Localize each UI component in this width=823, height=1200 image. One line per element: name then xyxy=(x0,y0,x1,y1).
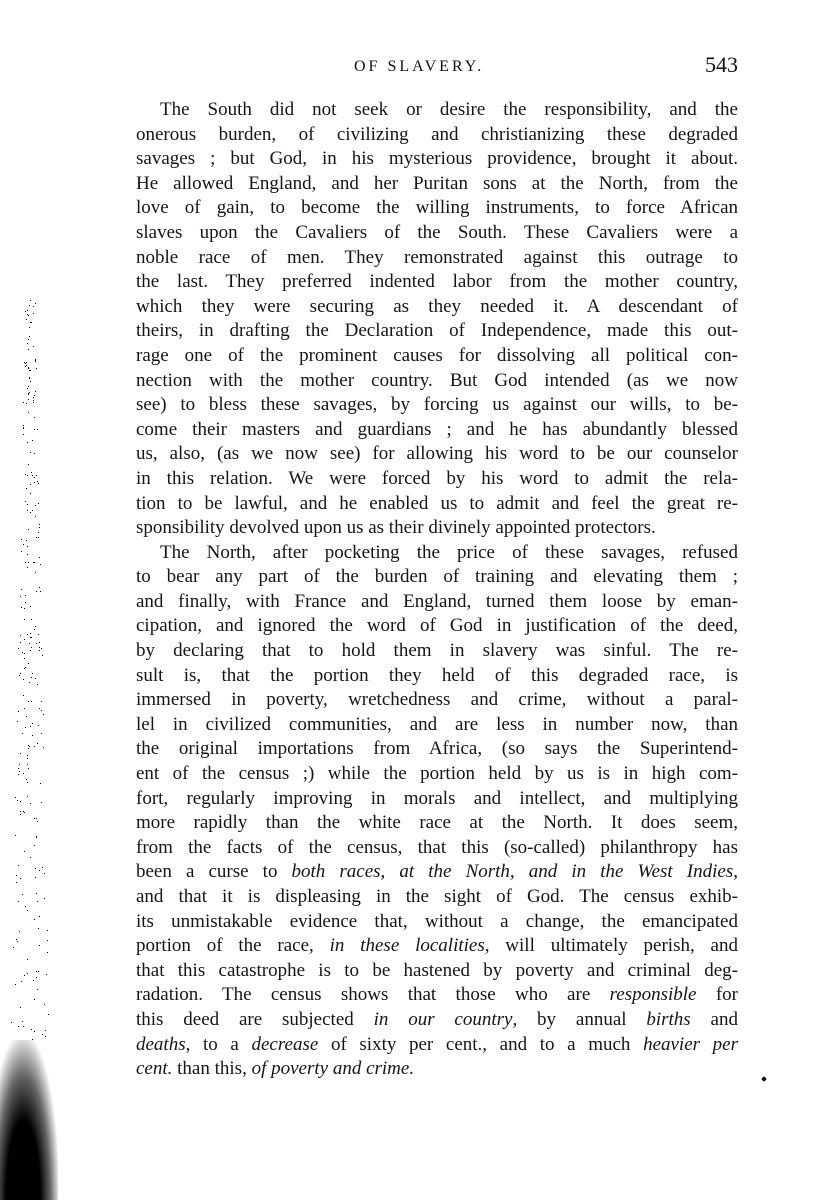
text-segment: slaves upon the Cavaliers of the South. … xyxy=(136,222,738,243)
scan-speck xyxy=(25,595,26,596)
scan-speck xyxy=(26,716,27,717)
scan-speck xyxy=(34,999,35,1000)
text-line: the last. They preferred indented labor … xyxy=(136,270,738,295)
scan-speck xyxy=(25,562,26,563)
scan-speck xyxy=(33,346,34,347)
scan-speck xyxy=(37,821,38,822)
text-line: and finally, with France and England, tu… xyxy=(136,590,738,615)
text-segment: by declaring that to hold them in slaver… xyxy=(136,640,738,661)
scan-speck xyxy=(42,655,43,656)
scan-speck xyxy=(16,875,17,876)
scan-speck xyxy=(35,303,36,304)
scan-speck xyxy=(39,647,40,648)
text-line: love of gain, to become the willing inst… xyxy=(136,196,738,221)
text-segment: this deed are subjected xyxy=(136,1009,374,1030)
scan-speck xyxy=(38,532,39,533)
text-segment: , will ultimately perish, and xyxy=(485,935,738,956)
scan-speck xyxy=(34,453,35,454)
text-line: sponsibility devolved upon us as their d… xyxy=(136,516,738,541)
scan-speck xyxy=(27,973,28,974)
scan-speck xyxy=(39,527,40,528)
scan-speck xyxy=(41,648,42,649)
scan-speck xyxy=(39,945,40,946)
scan-speck xyxy=(38,928,39,929)
text-line: lel in civilized communities, and are le… xyxy=(136,713,738,738)
scan-speck xyxy=(19,931,20,932)
scan-speck xyxy=(24,851,25,852)
scan-speck xyxy=(17,800,18,801)
text-line: that this catastrophe is to be hastened … xyxy=(136,959,738,984)
stray-ink-mark xyxy=(761,1076,767,1082)
text-segment: its unmistakable evidence that, without … xyxy=(136,911,738,932)
text-line: this deed are subjected in our country, … xyxy=(136,1008,738,1033)
scan-speck xyxy=(36,836,37,837)
scan-speck xyxy=(25,501,26,502)
scan-speck xyxy=(28,349,29,350)
scan-speck xyxy=(27,634,28,635)
scan-smudge xyxy=(0,1040,58,1200)
scan-speck xyxy=(23,427,24,428)
text-segment: to bear any part of the burden of traini… xyxy=(136,566,738,587)
scan-speck xyxy=(23,773,24,774)
text-line: cent. than this, of poverty and crime. xyxy=(136,1057,738,1082)
scan-speck xyxy=(27,758,28,759)
scan-speck xyxy=(27,475,28,476)
scan-speck xyxy=(28,368,29,369)
scan-speck xyxy=(39,650,40,651)
text-segment: and finally, with France and England, tu… xyxy=(136,591,738,612)
text-segment: theirs, in drafting the Declaration of I… xyxy=(136,320,738,341)
scan-speck xyxy=(45,1030,46,1031)
italic-text: both races, at the North, and in the Wes… xyxy=(292,861,734,882)
scan-speck xyxy=(34,845,35,846)
scan-speck xyxy=(36,893,37,894)
scan-speck xyxy=(29,392,30,393)
scan-speck xyxy=(36,837,37,838)
scan-speck xyxy=(29,682,30,683)
scan-speck xyxy=(25,602,26,603)
scan-speck xyxy=(38,634,39,635)
text-segment: radation. The census shows that those wh… xyxy=(136,984,610,1005)
scan-speck xyxy=(43,714,44,715)
scan-speck xyxy=(39,708,40,709)
scan-speck xyxy=(43,747,44,748)
scan-speck xyxy=(36,368,37,369)
text-segment: The North, after pocketing the price of … xyxy=(160,542,738,563)
scan-speck xyxy=(34,562,35,563)
text-line: deaths, to a decrease of sixty per cent.… xyxy=(136,1033,738,1058)
scan-speck xyxy=(28,393,29,394)
text-segment: that this catastrophe is to be hastened … xyxy=(136,960,738,981)
scan-speck xyxy=(20,801,21,802)
scan-speck xyxy=(35,516,36,517)
text-line: more rapidly than the white race at the … xyxy=(136,811,738,836)
text-segment: ent of the census ;) while the portion h… xyxy=(136,763,738,784)
text-line: the original importations from Africa, (… xyxy=(136,737,738,762)
scan-speck xyxy=(38,503,39,504)
scan-speck xyxy=(25,906,26,907)
scan-speck xyxy=(38,725,39,726)
scan-speck xyxy=(39,524,40,525)
scan-speck xyxy=(15,797,16,798)
scan-speck xyxy=(27,764,28,765)
scan-speck xyxy=(35,877,36,878)
text-line: from the facts of the census, that this … xyxy=(136,836,738,861)
scan-speck xyxy=(23,428,24,429)
scan-speck xyxy=(40,591,41,592)
scan-speck xyxy=(28,394,29,395)
running-title: OF SLAVERY. xyxy=(354,58,484,76)
scan-speck xyxy=(27,546,28,547)
scan-speck xyxy=(23,425,24,426)
scan-speck xyxy=(32,1039,33,1040)
scan-speck xyxy=(33,980,34,981)
text-line: ent of the census ;) while the portion h… xyxy=(136,762,738,787)
scan-speck xyxy=(21,539,22,540)
scan-speck xyxy=(30,650,31,651)
scan-speck xyxy=(34,395,35,396)
text-segment: savages ; but God, in his mysterious pro… xyxy=(136,148,738,169)
italic-text: in our country xyxy=(374,1009,513,1030)
scan-speck xyxy=(30,803,31,804)
scan-speck xyxy=(37,743,38,744)
scan-speck xyxy=(23,402,24,403)
scan-speck xyxy=(24,812,25,813)
scan-speck xyxy=(36,537,37,538)
scan-speck xyxy=(20,635,21,636)
text-line: cipation, and ignored the word of God in… xyxy=(136,614,738,639)
scan-speck xyxy=(39,557,40,558)
scan-speck xyxy=(33,306,34,307)
scan-speck xyxy=(37,684,38,685)
scan-speck xyxy=(18,865,19,866)
scan-speck xyxy=(26,403,27,404)
scan-speck xyxy=(47,952,48,953)
scan-speck xyxy=(27,442,28,443)
scan-speck xyxy=(36,475,37,476)
scan-speck xyxy=(30,512,31,513)
text-segment: sult is, that the portion they held of t… xyxy=(136,665,738,686)
scan-speck xyxy=(18,768,19,769)
scan-speck xyxy=(29,305,30,306)
scan-speck xyxy=(30,726,31,727)
text-line: fort, regularly improving in morals and … xyxy=(136,787,738,812)
scan-speck xyxy=(24,653,25,654)
scan-speck xyxy=(28,663,29,664)
text-segment: come their masters and guardians ; and h… xyxy=(136,419,738,440)
scan-speck xyxy=(37,989,38,990)
scan-speck xyxy=(31,637,32,638)
italic-text: cent. xyxy=(136,1058,172,1079)
scan-speck xyxy=(30,300,31,301)
scan-speck xyxy=(27,343,28,344)
text-segment: cipation, and ignored the word of God in… xyxy=(136,615,738,636)
scan-speck xyxy=(24,975,25,976)
text-line: The South did not seek or desire the res… xyxy=(136,98,738,123)
scan-speck xyxy=(36,591,37,592)
text-segment: portion of the race, xyxy=(136,935,330,956)
text-segment: onerous burden, of civilizing and christ… xyxy=(136,124,738,145)
scan-speck xyxy=(34,477,35,478)
scan-speck xyxy=(44,873,45,874)
scan-speck xyxy=(38,537,39,538)
scan-speck xyxy=(36,818,37,819)
scan-speck xyxy=(35,359,36,360)
italic-text: heavier per xyxy=(643,1034,738,1055)
scan-speck xyxy=(27,959,28,960)
scan-speck xyxy=(38,483,39,484)
scan-speck xyxy=(28,339,29,340)
scan-speck xyxy=(27,796,28,797)
scan-speck xyxy=(40,783,41,784)
scan-speck xyxy=(24,668,25,669)
scan-speck xyxy=(30,452,31,453)
scan-speck xyxy=(31,701,32,702)
italic-text: deaths xyxy=(136,1034,186,1055)
scan-speck xyxy=(42,867,43,868)
text-line: by declaring that to hold them in slaver… xyxy=(136,639,738,664)
text-segment: more rapidly than the white race at the … xyxy=(136,812,738,833)
scan-speck xyxy=(19,675,20,676)
text-segment: of sixty per cent., and to a much xyxy=(318,1034,643,1055)
scan-speck xyxy=(18,1026,19,1027)
scan-speck xyxy=(32,723,33,724)
text-line: slaves upon the Cavaliers of the South. … xyxy=(136,221,738,246)
scan-speck xyxy=(35,678,36,679)
scan-speck xyxy=(44,898,45,899)
scan-speck xyxy=(37,429,38,430)
text-segment: the original importations from Africa, (… xyxy=(136,738,738,759)
scan-speck xyxy=(37,901,38,902)
text-segment: , by annual xyxy=(512,1009,646,1030)
scan-speck xyxy=(28,748,29,749)
text-segment: and that it is displeasing in the sight … xyxy=(136,886,738,907)
scan-speck xyxy=(32,673,33,674)
scan-speck xyxy=(34,629,35,630)
scan-speck xyxy=(20,673,21,674)
scan-speck xyxy=(26,319,27,320)
scan-speck xyxy=(22,733,23,734)
text-line: in this relation. We were forced by his … xyxy=(136,467,738,492)
italic-text: in these localities xyxy=(330,935,485,956)
scan-speck xyxy=(21,589,22,590)
scan-speck xyxy=(24,608,25,609)
scan-speck xyxy=(32,475,33,476)
scan-speck xyxy=(23,679,24,680)
scan-speck xyxy=(23,1026,24,1027)
scan-speck xyxy=(28,562,29,563)
scan-speck xyxy=(33,402,34,403)
scan-speck xyxy=(25,667,26,668)
scan-speck xyxy=(33,397,34,398)
scan-speck xyxy=(31,647,32,648)
italic-text: responsible xyxy=(610,984,697,1005)
text-segment: for xyxy=(697,984,739,1005)
text-segment: noble race of men. They remonstrated aga… xyxy=(136,247,738,268)
text-line: immersed in poverty, wretchedness and cr… xyxy=(136,688,738,713)
text-line: portion of the race, in these localities… xyxy=(136,934,738,959)
scan-speck xyxy=(45,1036,46,1037)
scan-speck xyxy=(26,488,27,489)
scan-speck xyxy=(21,551,22,552)
scan-speck xyxy=(18,774,19,775)
scan-speck xyxy=(21,981,22,982)
scan-speck xyxy=(34,919,35,920)
text-segment: , xyxy=(733,861,738,882)
text-segment: fort, regularly improving in morals and … xyxy=(136,788,738,809)
scan-speck xyxy=(25,311,26,312)
text-segment: the last. They preferred indented labor … xyxy=(136,271,738,292)
scan-speck xyxy=(28,386,29,387)
scan-speck xyxy=(20,878,21,879)
scan-speck xyxy=(39,870,40,871)
scan-speck xyxy=(47,930,48,931)
scan-speck xyxy=(29,643,30,644)
scan-speck xyxy=(28,412,29,413)
scan-speck xyxy=(30,633,31,634)
text-segment: than this, xyxy=(172,1058,251,1079)
scan-speck xyxy=(30,370,31,371)
text-line: radation. The census shows that those wh… xyxy=(136,983,738,1008)
text-line: its unmistakable evidence that, without … xyxy=(136,910,738,935)
italic-text: decrease xyxy=(251,1034,318,1055)
scan-speck xyxy=(48,1014,49,1015)
scan-speck xyxy=(29,746,30,747)
text-line: been a curse to both races, at the North… xyxy=(136,860,738,885)
scan-speck xyxy=(39,587,40,588)
text-segment: love of gain, to become the willing inst… xyxy=(136,197,738,218)
scan-speck xyxy=(35,572,36,573)
text-segment: lel in civilized communities, and are le… xyxy=(136,714,738,735)
scan-speck xyxy=(24,708,25,709)
scan-speck xyxy=(25,474,26,475)
scan-speck xyxy=(39,642,40,643)
scan-speck xyxy=(20,753,21,754)
scan-speck xyxy=(36,643,37,644)
scan-speck xyxy=(27,755,28,756)
text-segment: sponsibility devolved upon us as their d… xyxy=(136,517,656,538)
text-line: The North, after pocketing the price of … xyxy=(136,541,738,566)
scan-speck xyxy=(29,336,30,337)
scan-speck xyxy=(27,782,28,783)
scan-speck xyxy=(30,484,31,485)
scan-speck xyxy=(28,701,29,702)
scan-speck xyxy=(18,648,19,649)
book-page: OF SLAVERY. 543 The South did not seek o… xyxy=(0,0,823,1200)
scan-speck xyxy=(17,721,18,722)
scan-speck xyxy=(31,677,32,678)
scan-speck xyxy=(34,429,35,430)
scan-speck xyxy=(30,381,31,382)
scan-speck xyxy=(24,658,25,659)
scan-speck xyxy=(33,400,34,401)
text-line: onerous burden, of civilizing and christ… xyxy=(136,123,738,148)
scan-speck xyxy=(30,606,31,607)
scan-speck xyxy=(31,322,32,323)
scan-speck xyxy=(23,434,24,435)
scan-speck xyxy=(26,365,27,366)
text-segment: been a curse to xyxy=(136,861,292,882)
scan-speck xyxy=(35,626,36,627)
scan-speck xyxy=(18,711,19,712)
scan-speck xyxy=(29,378,30,379)
scan-speck xyxy=(41,710,42,711)
scan-speck xyxy=(42,1034,43,1035)
scan-speck xyxy=(23,695,24,696)
scan-speck xyxy=(27,388,28,389)
scan-speck xyxy=(33,313,34,314)
text-line: come their masters and guardians ; and h… xyxy=(136,418,738,443)
scan-speck xyxy=(29,327,30,328)
text-line: nection with the mother country. But God… xyxy=(136,369,738,394)
scan-speck xyxy=(23,544,24,545)
scan-speck xyxy=(34,746,35,747)
text-segment: in this relation. We were forced by his … xyxy=(136,468,738,489)
scan-speck xyxy=(20,1007,21,1008)
scan-speck xyxy=(27,314,28,315)
scan-speck xyxy=(36,977,37,978)
scan-speck xyxy=(25,366,26,367)
scan-speck xyxy=(32,510,33,511)
scan-speck xyxy=(26,779,27,780)
scan-speck xyxy=(27,504,28,505)
scan-speck xyxy=(31,1029,32,1030)
scan-speck xyxy=(20,811,21,812)
text-line: see) to bless these savages, by forcing … xyxy=(136,393,738,418)
scan-speck xyxy=(13,947,14,948)
scan-speck xyxy=(24,639,25,640)
scan-speck xyxy=(17,941,18,942)
text-segment: nection with the mother country. But God… xyxy=(136,370,738,391)
scan-speck xyxy=(25,727,26,728)
text-segment: immersed in poverty, wretchedness and cr… xyxy=(136,689,738,710)
scan-speck xyxy=(19,771,20,772)
scan-speck xyxy=(41,802,42,803)
scan-speck xyxy=(38,971,39,972)
scan-speck xyxy=(26,540,27,541)
scan-speck xyxy=(24,619,25,620)
text-segment: The South did not seek or desire the res… xyxy=(160,99,738,120)
scan-speck xyxy=(32,735,33,736)
text-segment: tion to be lawful, and he enabled us to … xyxy=(136,493,738,514)
scan-speck xyxy=(34,818,35,819)
text-line: to bear any part of the burden of traini… xyxy=(136,565,738,590)
page-header: OF SLAVERY. 543 xyxy=(136,56,738,86)
text-line: He allowed England, and her Puritan sons… xyxy=(136,172,738,197)
scan-speck xyxy=(37,481,38,482)
scan-speck xyxy=(30,857,31,858)
scan-speck xyxy=(22,1021,23,1022)
scan-speck xyxy=(25,363,26,364)
scan-speck xyxy=(15,984,16,985)
scan-speck xyxy=(34,482,35,483)
scan-speck xyxy=(35,361,36,362)
scan-speck xyxy=(28,315,29,316)
scan-speck xyxy=(21,607,22,608)
scan-speck xyxy=(35,391,36,392)
scan-speck xyxy=(18,901,19,902)
scan-speck xyxy=(36,971,37,972)
scan-speck xyxy=(27,310,28,311)
scan-speck xyxy=(31,619,32,620)
scan-speck xyxy=(16,939,17,940)
scan-speck xyxy=(34,417,35,418)
text-segment: us, also, (as we now see) for allowing h… xyxy=(136,443,738,464)
text-segment: , to a xyxy=(186,1034,252,1055)
scan-speck xyxy=(44,1004,45,1005)
scan-speck xyxy=(47,940,48,941)
italic-text: births xyxy=(646,1009,690,1030)
